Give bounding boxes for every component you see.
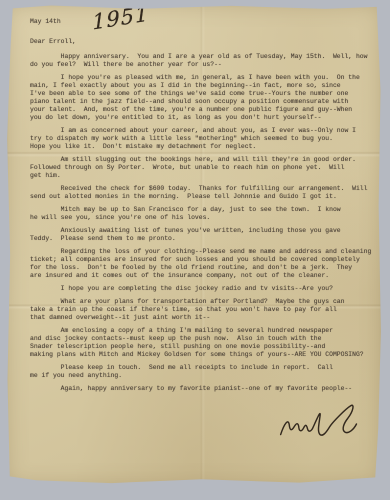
letter-paragraph: Again, happy anniversary to my favorite … <box>30 385 368 393</box>
letter-paragraph: Mitch may be up to San Francisco for a d… <box>30 206 368 222</box>
letter-paragraph: Am enclosing a copy of a thing I'm maili… <box>30 327 368 359</box>
scan-background: May 14th 1951 Dear Erroll, Happy anniver… <box>0 0 390 500</box>
letter-paragraph: I hope you are completing the disc jocke… <box>30 285 368 293</box>
letter-paragraph: I am as concerned about your career, and… <box>30 127 368 151</box>
letter-paragraph: Received the check for $600 today. Thank… <box>30 185 368 201</box>
letter-paragraph: Anxiously awaiting list of tunes you've … <box>30 227 368 243</box>
handwritten-signature <box>276 400 364 448</box>
letter-paragraph: I hope you're as pleased with me, in gen… <box>30 74 368 122</box>
letter-body: Happy anniversary. You and I are a year … <box>30 53 368 393</box>
letter-paragraph: Please keep in touch. Send me all receip… <box>30 364 368 380</box>
handwritten-year: 1951 <box>92 1 150 34</box>
letter-date: May 14th <box>30 18 368 26</box>
letter-salutation: Dear Erroll, <box>30 38 368 46</box>
letter-paragraph: Am still slugging out the bookings here,… <box>30 156 368 180</box>
letter-paragraph: Happy anniversary. You and I are a year … <box>30 53 368 69</box>
letter-page: May 14th 1951 Dear Erroll, Happy anniver… <box>6 4 382 486</box>
letter-paragraph: Regarding the loss of your clothing--Ple… <box>30 248 368 280</box>
letter-paragraph: What are your plans for transportation a… <box>30 298 368 322</box>
